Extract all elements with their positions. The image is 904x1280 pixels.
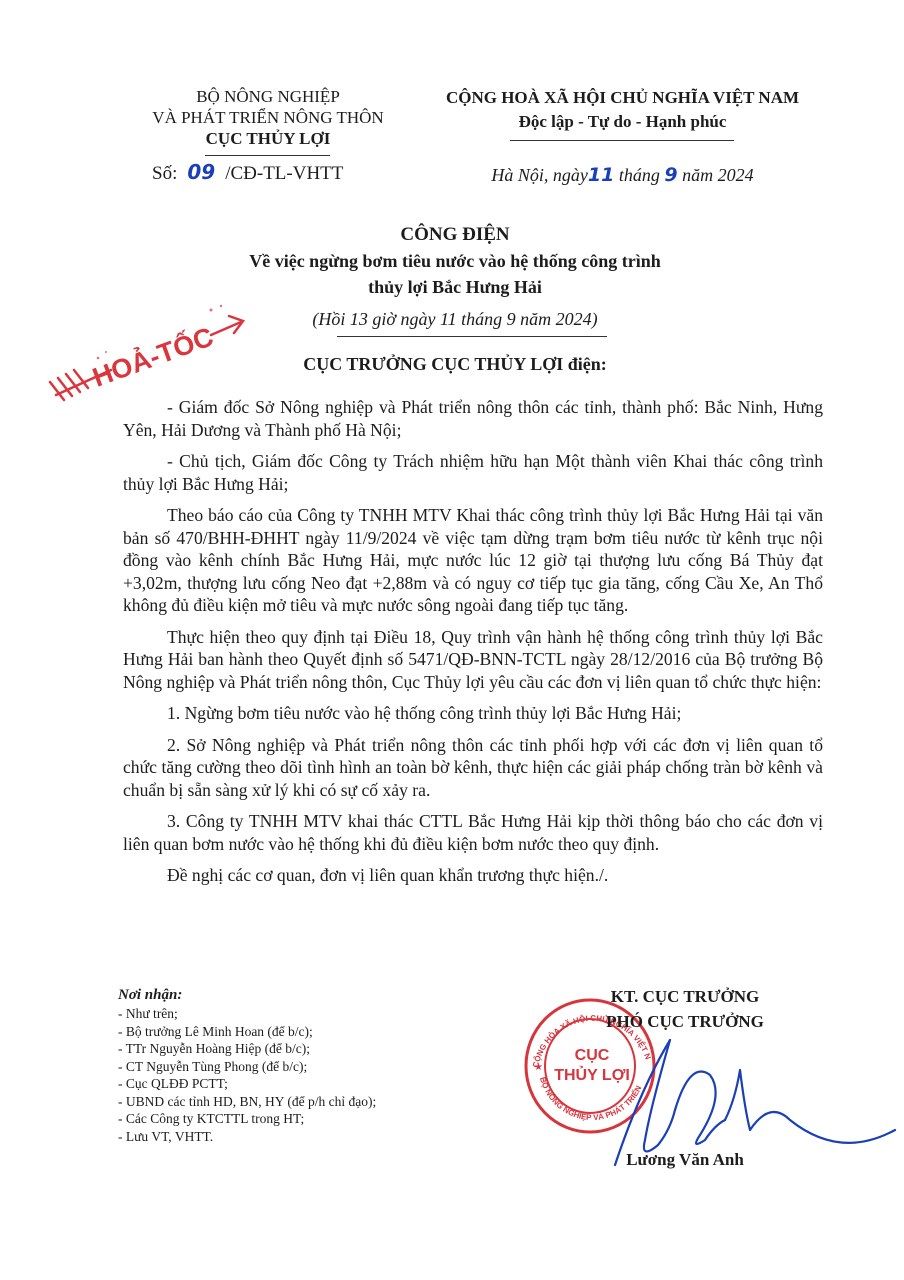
org-name: CỤC THỦY LỢI — [118, 128, 418, 149]
time-note: (Hồi 13 giờ ngày 11 tháng 9 năm 2024) — [200, 309, 710, 330]
addressee-2: - Chủ tịch, Giám đốc Công ty Trách nhiệm… — [123, 450, 823, 495]
paragraph-report: Theo báo cáo của Công ty TNHH MTV Khai t… — [123, 504, 823, 617]
sender-line: CỤC TRƯỞNG CỤC THỦY LỢI điện: — [200, 354, 710, 375]
recipient-item: - Bộ trưởng Lê Minh Hoan (để b/c); — [118, 1023, 478, 1041]
document-type: CÔNG ĐIỆN — [200, 222, 710, 248]
motto-underline — [510, 140, 734, 141]
org-line-2: VÀ PHÁT TRIỂN NÔNG THÔN — [118, 107, 418, 128]
document-body: - Giám đốc Sở Nông nghiệp và Phát triển … — [123, 396, 823, 896]
date-year: năm 2024 — [682, 165, 754, 185]
recipient-item: - UBND các tỉnh HD, BN, HY (để p/h chỉ đ… — [118, 1093, 478, 1111]
document-title: CÔNG ĐIỆN Về việc ngừng bơm tiêu nước và… — [200, 222, 710, 300]
handwritten-signature-icon — [540, 1000, 900, 1170]
recipient-item: - TTr Nguyễn Hoàng Hiệp (để b/c); — [118, 1040, 478, 1058]
directive-2: 2. Sở Nông nghiệp và Phát triển nông thô… — [123, 734, 823, 802]
org-underline — [205, 155, 330, 156]
recipient-item: - Các Công ty KTCTTL trong HT; — [118, 1110, 478, 1128]
national-heading: CỘNG HOÀ XÃ HỘI CHỦ NGHĨA VIỆT NAM Độc l… — [425, 86, 820, 134]
directive-1: 1. Ngừng bơm tiêu nước vào hệ thống công… — [123, 702, 823, 725]
subject-line-2: thủy lợi Bắc Hưng Hải — [200, 274, 710, 300]
recipient-item: - CT Nguyễn Tùng Phong (để b/c); — [118, 1058, 478, 1076]
org-line-1: BỘ NÔNG NGHIỆP — [118, 86, 418, 107]
paragraph-basis: Thực hiện theo quy định tại Điều 18, Quy… — [123, 626, 823, 694]
national-motto: Độc lập - Tự do - Hạnh phúc — [425, 110, 820, 134]
issuing-organization: BỘ NÔNG NGHIỆP VÀ PHÁT TRIỂN NÔNG THÔN C… — [118, 86, 418, 149]
recipients-list: Nơi nhận: - Như trên; - Bộ trưởng Lê Min… — [118, 986, 478, 1145]
recipient-item: - Như trên; — [118, 1005, 478, 1023]
date-prefix: Hà Nội, ngày — [491, 165, 588, 185]
title-underline — [337, 336, 607, 337]
recipient-item: - Lưu VT, VHTT. — [118, 1128, 478, 1146]
nation-name: CỘNG HOÀ XÃ HỘI CHỦ NGHĨA VIỆT NAM — [425, 86, 820, 110]
recipient-item: - Cục QLĐĐ PCTT; — [118, 1075, 478, 1093]
svg-text:HOẢ-TỐC: HOẢ-TỐC — [88, 320, 217, 393]
signer-name: Lương Văn Anh — [560, 1150, 810, 1170]
doc-no-label: Số: — [152, 163, 177, 184]
subject-line-1: Về việc ngừng bơm tiêu nước vào hệ thống… — [200, 248, 710, 274]
addressee-1: - Giám đốc Sở Nông nghiệp và Phát triển … — [123, 396, 823, 441]
recipients-heading: Nơi nhận: — [118, 986, 478, 1005]
doc-no-suffix: /CĐ-TL-VHTT — [225, 163, 343, 184]
date-day-handwritten: 11 — [588, 164, 614, 186]
document-number: Số:09/CĐ-TL-VHTT — [152, 160, 343, 185]
closing-request: Đề nghị các cơ quan, đơn vị liên quan kh… — [123, 864, 823, 887]
date-month-handwritten: 9 — [664, 164, 677, 186]
date-month-label: tháng — [619, 165, 660, 185]
doc-no-handwritten: 09 — [187, 160, 215, 184]
directive-3: 3. Công ty TNHH MTV khai thác CTTL Bắc H… — [123, 810, 823, 855]
issue-date: Hà Nội, ngày11 tháng 9 năm 2024 — [425, 164, 820, 186]
